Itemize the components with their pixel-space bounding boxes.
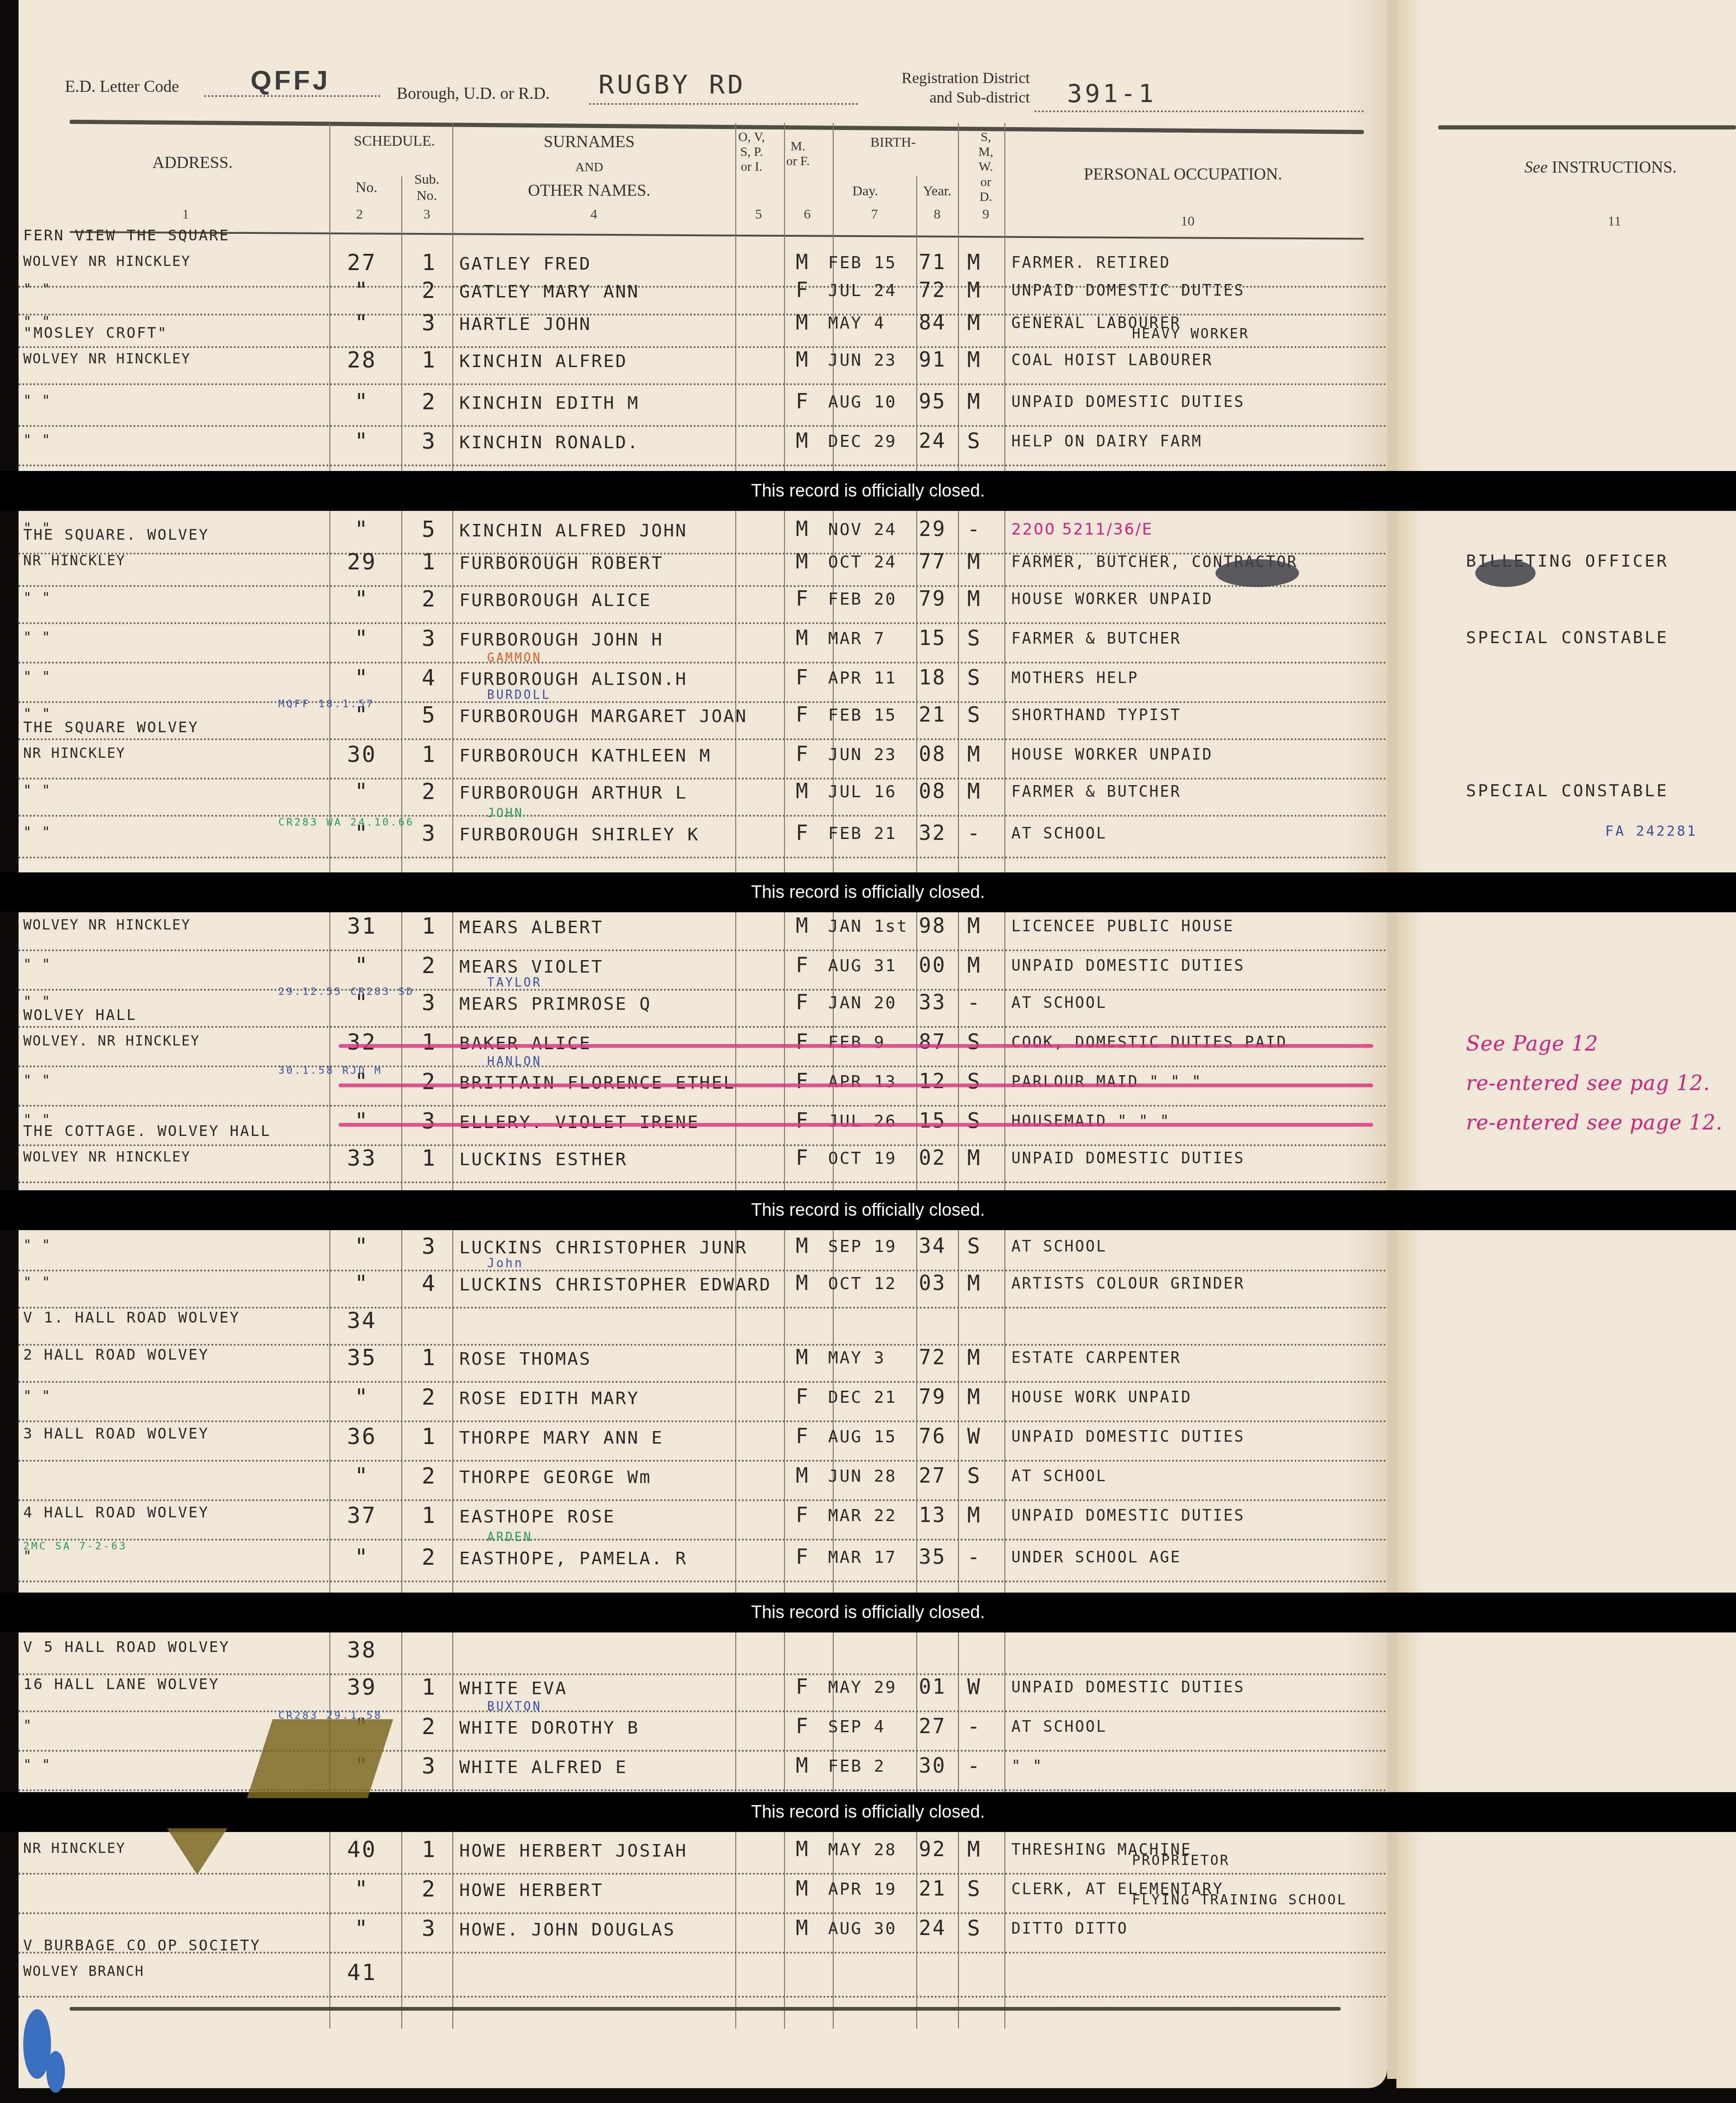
name-annotation: GAMMON <box>487 651 542 665</box>
person-name: HOWE. JOHN DOUGLAS <box>459 1919 728 1940</box>
schedule-sub-number: 1 <box>415 549 443 575</box>
person-name: HOWE HERBERT JOSIAH <box>459 1840 728 1861</box>
table-row: " ""2ROSE EDITH MARYFDEC 2179MHOUSE WORK… <box>19 1380 1387 1422</box>
schedule-sub-number: 3 <box>415 626 443 652</box>
schedule-sub-number: 1 <box>415 913 443 939</box>
schedule-sub-number: 4 <box>415 665 443 691</box>
birth-year: 01 <box>914 1675 951 1699</box>
marital-status: S <box>960 626 988 651</box>
person-name: FURBOROUGH JOHN H <box>459 629 728 650</box>
person-name: BRITTAIN FLORENCE ETHEL <box>459 1072 728 1093</box>
sex: F <box>789 954 817 977</box>
sex: F <box>789 991 817 1014</box>
birth-day: MAY 28 <box>828 1840 912 1859</box>
address-line-2: " " <box>23 782 329 799</box>
occupation: UNPAID DOMESTIC DUTIES <box>1011 1506 1392 1524</box>
table-row: " ""2KINCHIN EDITH MFAUG 1095MUNPAID DOM… <box>19 385 1387 427</box>
schedule-sub-number: 2 <box>415 586 443 612</box>
address-line-1: THE SQUARE WOLVEY <box>23 718 199 736</box>
marital-status: W <box>960 1424 988 1449</box>
sex: F <box>789 1030 817 1054</box>
birth-year: 87 <box>914 1030 951 1054</box>
occupation: UNPAID DOMESTIC DUTIES <box>1011 1678 1392 1696</box>
person-name: FURBOROUGH MARGARET JOAN <box>459 706 728 726</box>
schedule-number: " <box>343 310 380 336</box>
col-number-2: 2 <box>350 206 369 222</box>
marital-status: M <box>960 1837 988 1862</box>
birth-year: 15 <box>914 626 951 650</box>
tape-stain <box>247 1719 393 1798</box>
birth-day: MAY 4 <box>828 314 912 333</box>
borough-line <box>589 103 858 105</box>
occupation: AT SCHOOL <box>1011 993 1392 1012</box>
col-header-sex: M. or F. <box>784 139 812 251</box>
schedule-number: " <box>343 626 380 652</box>
person-name: EASTHOPE, PAMELA. R <box>459 1548 728 1568</box>
schedule-number: 41 <box>343 1960 380 1986</box>
name-annotation: John <box>487 1257 524 1271</box>
table-row: THE SQUARE WOLVEYNR HINCKLEY301FURBOROUC… <box>19 738 1387 780</box>
strikethrough-line <box>339 1044 1373 1048</box>
birth-day: SEP 4 <box>828 1717 912 1736</box>
sex: M <box>789 1234 817 1258</box>
birth-year: 92 <box>914 1838 951 1861</box>
birth-day: FEB 20 <box>828 590 912 609</box>
person-name: LUCKINS CHRISTOPHER EDWARD <box>459 1274 728 1295</box>
schedule-sub-number: 2 <box>415 779 443 805</box>
address-line-1: 4 HALL ROAD WOLVEY <box>23 1503 209 1521</box>
schedule-sub-number: 1 <box>415 742 443 768</box>
ink-blot <box>1475 559 1536 587</box>
sex: M <box>789 1916 817 1940</box>
birth-year: 35 <box>914 1545 951 1569</box>
schedule-sub-number: 3 <box>415 820 443 846</box>
name-annotation: ARDEN <box>487 1530 533 1544</box>
table-row: " ""5FURBOROUGH MARGARET JOANFFEB 1521SS… <box>19 698 1387 740</box>
closed-record-bar: This record is officially closed. <box>0 1593 1736 1632</box>
ed-letter-code-label: E.D. Letter Code <box>65 77 179 96</box>
col-number-1: 1 <box>176 206 195 222</box>
birth-day: JAN 20 <box>828 993 912 1013</box>
person-name: GATLEY FRED <box>459 253 728 274</box>
table-row: BLUE PIG INNWOLVEY NR HINCKLEY311MEARS A… <box>19 910 1387 951</box>
address-line-1: THE SQUARE. WOLVEY <box>23 526 209 543</box>
address-line-2: NR HINCKLEY <box>23 553 329 569</box>
birth-day: JUL 16 <box>828 782 912 801</box>
birth-year: 21 <box>914 703 951 727</box>
schedule-sub-number: 4 <box>415 1271 443 1297</box>
birth-day: FEB 15 <box>828 253 912 272</box>
table-row: " ""3KINCHIN RONALD.MDEC 2924SHELP ON DA… <box>19 425 1387 466</box>
schedule-number: 27 <box>343 250 380 276</box>
address-line-1: V BURBAGE CO OP SOCIETY <box>23 1936 261 1954</box>
table-row: " ""3LUCKINS CHRISTOPHER JUNRMSEP 1934SA… <box>19 1230 1387 1271</box>
birth-day: APR 19 <box>828 1880 912 1899</box>
sex: F <box>789 1385 817 1409</box>
sex: F <box>789 1109 817 1133</box>
sex: M <box>789 348 817 372</box>
strikethrough-line <box>339 1084 1373 1087</box>
name-annotation: BUXTON <box>487 1700 542 1714</box>
sex: F <box>789 742 817 766</box>
person-name: GATLEY MARY ANN <box>459 281 728 302</box>
address-line-2: NR HINCKLEY <box>23 1840 329 1857</box>
sex: M <box>789 780 817 803</box>
table-row: HALL LANE WOLVEYNR HINCKLEY401HOWE HERBE… <box>19 1833 1387 1875</box>
birth-year: 00 <box>914 954 951 977</box>
schedule-number: " <box>343 389 380 415</box>
closed-record-text: This record is officially closed. <box>751 883 985 903</box>
birth-day: OCT 19 <box>828 1149 912 1168</box>
marital-status: - <box>960 990 988 1015</box>
marital-status: M <box>960 250 988 275</box>
marital-status: M <box>960 347 988 372</box>
reference-annotation: 29.12.55 CR283 SD <box>278 986 414 998</box>
address-line-2: " " <box>23 1237 329 1253</box>
marital-status: M <box>960 779 988 804</box>
occupation: FARMER. RETIRED <box>1011 253 1392 271</box>
col-number-4: 4 <box>585 206 603 222</box>
person-name: ELLERY. VIOLET IRENE <box>459 1112 728 1132</box>
birth-year: 29 <box>914 517 951 541</box>
occupation: UNPAID DOMESTIC DUTIES <box>1011 956 1392 974</box>
birth-year: 33 <box>914 991 951 1014</box>
address-line-1: V 1. HALL ROAD WOLVEY <box>23 1309 240 1326</box>
sex: M <box>789 311 817 335</box>
schedule-number: " <box>343 1233 380 1259</box>
table-row: THE SQUARE. WOLVEYNR HINCKLEY291FURBOROU… <box>19 545 1387 587</box>
birth-year: 08 <box>914 780 951 803</box>
birth-day: JAN 1st <box>828 917 912 936</box>
col-header-marital: S, M, W. or D. <box>974 130 997 241</box>
address-line-2: " " <box>23 1274 329 1290</box>
column-11-note: SPECIAL CONSTABLE <box>1466 628 1668 647</box>
schedule-number: " <box>343 586 380 612</box>
col-number-3: 3 <box>418 206 436 222</box>
person-name: FURBOROUGH ROBERT <box>459 553 728 573</box>
occupation: LICENCEE PUBLIC HOUSE <box>1011 917 1392 935</box>
marital-status: M <box>960 549 988 574</box>
person-name: FURBOROUGH ARTHUR L <box>459 782 728 803</box>
person-name: KINCHIN RONALD. <box>459 432 728 452</box>
schedule-number: " <box>343 1463 380 1489</box>
sex: F <box>789 1675 817 1699</box>
birth-day: FEB 9 <box>828 1033 912 1052</box>
page-bottom-rule <box>70 2007 1341 2011</box>
sex: F <box>789 821 817 845</box>
address-line-2: " " <box>23 281 329 297</box>
table-row: "2THORPE GEORGE WmMJUN 2827SAT SCHOOL <box>19 1459 1387 1501</box>
schedule-number: 39 <box>343 1674 380 1700</box>
table-row: "MOSLEY CROFT"WOLVEY NR HINCKLEY281KINCH… <box>19 343 1387 385</box>
birth-day: AUG 10 <box>828 393 912 412</box>
birth-year: 03 <box>914 1271 951 1295</box>
marital-status: S <box>960 1233 988 1258</box>
occupation: UNPAID DOMESTIC DUTIES <box>1011 1149 1392 1167</box>
table-row: " ""3MEARS PRIMROSE QFJAN 2033-AT SCHOOL… <box>19 986 1387 1028</box>
birth-day: FEB 21 <box>828 824 912 843</box>
schedule-number: 31 <box>343 913 380 939</box>
marital-status: M <box>960 913 988 938</box>
sex: M <box>789 626 817 650</box>
occupation: AT SCHOOL <box>1011 824 1392 842</box>
person-name: WHITE ALFRED E <box>459 1757 728 1777</box>
marital-status: S <box>960 1876 988 1901</box>
table-row: " ""2FURBOROUGH ARTHUR LMJUL 1608MFARMER… <box>19 775 1387 817</box>
table-row: THE COTTAGE. WOLVEY HALLWOLVEY NR HINCKL… <box>19 1142 1387 1183</box>
col-number-9: 9 <box>977 206 995 222</box>
person-name: MEARS PRIMROSE Q <box>459 993 728 1014</box>
address-line-2: " " <box>23 629 329 645</box>
address-line-2: WOLVEY NR HINCKLEY <box>23 253 329 270</box>
occupation-line-2: FLYING TRAINING SCHOOL <box>1132 1892 1347 1908</box>
schedule-number: " <box>343 1916 380 1942</box>
person-name: WHITE DOROTHY B <box>459 1717 728 1738</box>
table-row: " ""2MEARS VIOLETFAUG 3100MUNPAID DOMEST… <box>19 949 1387 991</box>
schedule-sub-number: 1 <box>415 1424 443 1450</box>
schedule-sub-number: 2 <box>415 1876 443 1902</box>
schedule-number: 40 <box>343 1837 380 1863</box>
schedule-number: " <box>343 277 380 303</box>
marital-status: S <box>960 665 988 690</box>
schedule-number: " <box>343 1271 380 1297</box>
reference-annotation: 2MC SA 7-2-63 <box>23 1541 127 1552</box>
table-row: WOLVEY HALLWOLVEY. NR HINCKLEY321BAKER A… <box>19 1026 1387 1067</box>
sex: F <box>789 1715 817 1738</box>
birth-day: MAR 7 <box>828 629 912 648</box>
sex: F <box>789 1545 817 1569</box>
marital-status: - <box>960 1544 988 1569</box>
column-11-note: FA 242281 <box>1605 823 1697 839</box>
marital-status: S <box>960 428 988 453</box>
sex: M <box>789 1271 817 1295</box>
address-line-2: " " <box>23 432 329 448</box>
address-line-2: WOLVEY NR HINCKLEY <box>23 1149 329 1165</box>
schedule-sub-number: 3 <box>415 428 443 454</box>
schedule-number: 37 <box>343 1503 380 1529</box>
sex: F <box>789 666 817 690</box>
closed-record-text: This record is officially closed. <box>751 481 985 501</box>
person-name: FURBOROUCH KATHLEEN M <box>459 745 728 766</box>
marital-status: S <box>960 1916 988 1941</box>
birth-year: 24 <box>914 1916 951 1940</box>
address-line-2: " " <box>23 393 329 409</box>
col-number-10: 10 <box>1174 213 1202 229</box>
schedule-number: 29 <box>343 549 380 575</box>
occupation: " " <box>1011 1757 1392 1775</box>
birth-day: OCT 24 <box>828 553 912 572</box>
person-name: THORPE MARY ANN E <box>459 1427 728 1448</box>
marital-status: M <box>960 1345 988 1370</box>
sex: F <box>789 1070 817 1093</box>
birth-day: DEC 21 <box>828 1388 912 1407</box>
table-row: V 5 HALL ROAD WOLVEY38 <box>19 1633 1387 1675</box>
sex: M <box>789 1464 817 1488</box>
birth-day: JUN 28 <box>828 1467 912 1486</box>
marital-status: M <box>960 389 988 414</box>
birth-day: MAR 22 <box>828 1506 912 1525</box>
ed-letter-code-line <box>204 95 380 97</box>
reference-annotation: CR283 WA 24.10.66 <box>278 817 414 828</box>
birth-day: MAY 29 <box>828 1678 912 1697</box>
occupation: HOUSE WORK UNPAID <box>1011 1388 1392 1406</box>
occupation: UNDER SCHOOL AGE <box>1011 1548 1392 1566</box>
closed-record-text: This record is officially closed. <box>751 1603 985 1623</box>
table-row: " ""3WHITE ALFRED EMFEB 230-" " <box>19 1749 1387 1791</box>
schedule-sub-number: 1 <box>415 1674 443 1700</box>
table-row: V BURBAGE CO OP SOCIETYWOLVEY BRANCH41 <box>19 1956 1387 1998</box>
birth-day: AUG 30 <box>828 1919 912 1938</box>
header-top-rule-right <box>1438 125 1736 129</box>
person-name: LUCKINS CHRISTOPHER JUNR <box>459 1237 728 1258</box>
table-row: 3 HALL ROAD WOLVEY361THORPE MARY ANN EFA… <box>19 1420 1387 1462</box>
birth-day: FEB 15 <box>828 706 912 725</box>
person-name: FURBOROUGH ALISON.H <box>459 669 728 689</box>
marital-status: M <box>960 1145 988 1170</box>
column-11-note: re-entered see pag 12. <box>1466 1071 1710 1095</box>
schedule-sub-number: 2 <box>415 277 443 303</box>
address-line-1: 16 HALL LANE WOLVEY <box>23 1675 219 1693</box>
table-row: V 1. HALL ROAD WOLVEY34 <box>19 1304 1387 1346</box>
address-line-1: THE COTTAGE. WOLVEY HALL <box>23 1122 271 1140</box>
address-line-2: WOLVEY NR HINCKLEY <box>23 351 329 367</box>
birth-year: 12 <box>914 1070 951 1093</box>
birth-day: AUG 15 <box>828 1427 912 1446</box>
birth-year: 95 <box>914 390 951 413</box>
schedule-number: 30 <box>343 742 380 768</box>
schedule-number: 32 <box>343 1029 380 1055</box>
occupation: HOUSE WORKER UNPAID <box>1011 590 1392 608</box>
birth-year: 98 <box>914 914 951 938</box>
sex: M <box>789 914 817 938</box>
birth-day: JUN 23 <box>828 351 912 370</box>
ink-blot <box>1215 559 1299 587</box>
col-header-ovspi: O, V, S, P. or I. <box>735 130 768 241</box>
sex: F <box>789 1425 817 1448</box>
person-name: LUCKINS ESTHER <box>459 1149 728 1169</box>
occupation: MOTHERS HELP <box>1011 669 1392 687</box>
birth-year: 13 <box>914 1503 951 1527</box>
address-line-2: WOLVEY. NR HINCKLEY <box>23 1033 329 1049</box>
name-annotation: JOHN <box>487 806 524 820</box>
birth-year: 34 <box>914 1234 951 1258</box>
schedule-number: " <box>343 1108 380 1134</box>
occupation: ARTISTS COLOUR GRINDER <box>1011 1274 1392 1292</box>
birth-day: FEB 2 <box>828 1757 912 1776</box>
person-name: THORPE GEORGE Wm <box>459 1467 728 1487</box>
address-line-1: FERN VIEW THE SQUARE <box>23 226 230 244</box>
person-name: HOWE HERBERT <box>459 1880 728 1900</box>
person-name: EASTHOPE ROSE <box>459 1506 728 1527</box>
table-row: 16 HALL LANE WOLVEY391WHITE EVAFMAY 2901… <box>19 1671 1387 1712</box>
strikethrough-line <box>339 1123 1373 1127</box>
schedule-sub-number: 2 <box>415 1463 443 1489</box>
occupation: AT SCHOOL <box>1011 1717 1392 1735</box>
address-line-2: WOLVEY NR HINCKLEY <box>23 917 329 933</box>
schedule-sub-number: 1 <box>415 1503 443 1529</box>
sex: M <box>789 251 817 274</box>
schedule-number: " <box>343 779 380 805</box>
schedule-sub-number: 1 <box>415 1145 443 1171</box>
birth-year: 21 <box>914 1877 951 1901</box>
sex: F <box>789 390 817 413</box>
schedule-number: " <box>343 428 380 454</box>
sex: M <box>789 1346 817 1369</box>
schedule-sub-number: 2 <box>415 1714 443 1740</box>
schedule-sub-number: 3 <box>415 1108 443 1134</box>
table-row: " ""2BRITTAIN FLORENCE ETHELFAPR 1312SPA… <box>19 1065 1387 1107</box>
address-line-2: " " <box>23 1388 329 1404</box>
marital-status: M <box>960 953 988 978</box>
marital-status: S <box>960 1069 988 1094</box>
name-annotation: TAYLOR <box>487 976 542 990</box>
birth-year: 15 <box>914 1109 951 1133</box>
schedule-number: 28 <box>343 347 380 373</box>
table-row: " ""3HARTLE JOHNMMAY 484MGENERAL LABOURE… <box>19 306 1387 348</box>
birth-year: 02 <box>914 1146 951 1170</box>
schedule-sub-number: 2 <box>415 389 443 415</box>
marital-status: S <box>960 1029 988 1054</box>
birth-year: 27 <box>914 1715 951 1738</box>
schedule-number: " <box>343 1384 380 1410</box>
occupation: 2200 5211/36/E <box>1011 520 1392 538</box>
schedule-sub-number: 1 <box>415 250 443 276</box>
table-row: 4 HALL ROAD WOLVEY371EASTHOPE ROSEFMAR 2… <box>19 1499 1387 1541</box>
marital-status: M <box>960 277 988 303</box>
occupation: FARMER & BUTCHER <box>1011 629 1392 647</box>
closed-record-text: This record is officially closed. <box>751 1802 985 1822</box>
person-name: MEARS ALBERT <box>459 917 728 937</box>
sex: M <box>789 550 817 574</box>
marital-status: S <box>960 1463 988 1488</box>
marital-status: M <box>960 310 988 335</box>
table-row: "2HOWE HERBERTMAPR 1921SCLERK, AT ELEMEN… <box>19 1872 1387 1914</box>
person-name: ROSE THOMAS <box>459 1348 728 1369</box>
col-number-11: 11 <box>1601 213 1628 229</box>
occupation-line-2: HEAVY WORKER <box>1132 326 1249 342</box>
birth-year: 30 <box>914 1754 951 1778</box>
sex: M <box>789 1754 817 1778</box>
marital-status: - <box>960 516 988 542</box>
name-annotation: BURDOLL <box>487 688 551 702</box>
occupation: FARMER, BUTCHER, CONTRACTOR <box>1011 553 1392 571</box>
birth-year: 27 <box>914 1464 951 1488</box>
address-line-2: " " <box>23 590 329 606</box>
closed-record-bar: This record is officially closed. <box>0 1190 1736 1230</box>
schedule-number: " <box>343 953 380 979</box>
address-line-2: " " <box>23 956 329 973</box>
schedule-sub-number: 2 <box>415 1544 443 1570</box>
sex: M <box>789 1838 817 1861</box>
person-name: MEARS VIOLET <box>459 956 728 977</box>
occupation: COOK, DOMESTIC DUTIES PAID <box>1011 1033 1392 1051</box>
instructions-label: INSTRUCTIONS. <box>1552 158 1677 176</box>
col-number-6: 6 <box>798 206 817 222</box>
closed-record-text: This record is officially closed. <box>751 1200 985 1220</box>
schedule-number: 36 <box>343 1424 380 1450</box>
occupation: UNPAID DOMESTIC DUTIES <box>1011 281 1392 299</box>
occupation: UNPAID DOMESTIC DUTIES <box>1011 1427 1392 1445</box>
table-row: " ""3FURBOROUGH SHIRLEY KFFEB 2132-AT SC… <box>19 817 1387 858</box>
borough-label: Borough, U.D. or R.D. <box>397 84 550 103</box>
address-line-1: WOLVEY HALL <box>23 1006 137 1024</box>
birth-year: 08 <box>914 742 951 766</box>
schedule-number: 33 <box>343 1145 380 1171</box>
registration-district-label: Registration District <box>868 70 1030 87</box>
person-name: FURBOROUGH SHIRLEY K <box>459 824 728 845</box>
schedule-sub-number: 5 <box>415 702 443 728</box>
col-number-8: 8 <box>928 206 946 222</box>
